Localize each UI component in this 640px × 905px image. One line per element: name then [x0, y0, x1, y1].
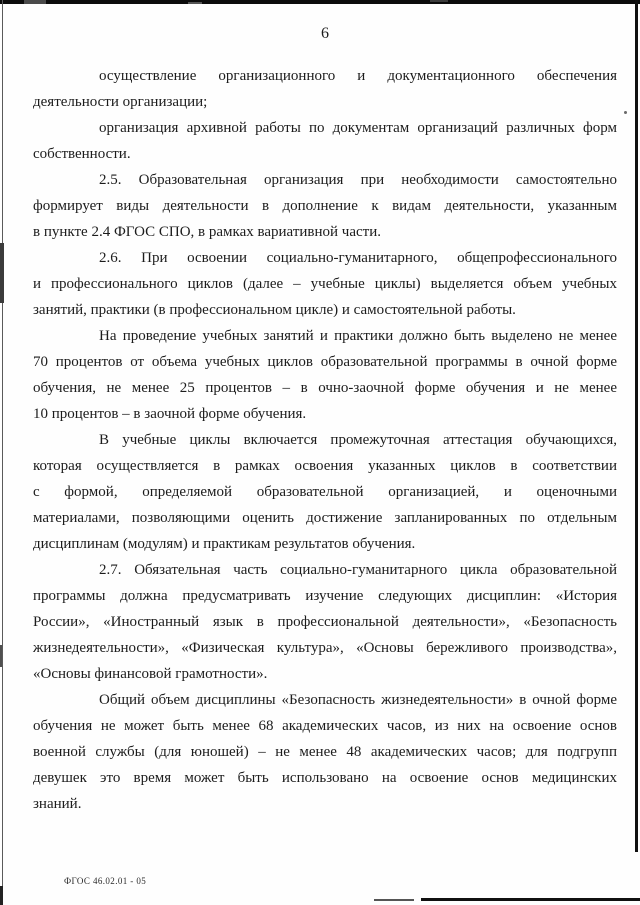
page-border-bottom-segment	[374, 899, 414, 901]
text-line: собственности.	[33, 141, 617, 167]
scan-speck	[624, 111, 627, 114]
text-line: России», «Иностранный язык в профессиона…	[33, 609, 617, 635]
text-line: 2.6. При освоении социально-гуманитарног…	[33, 245, 617, 271]
scan-smudge	[0, 886, 3, 905]
text-line: девушек это время может быть использован…	[33, 765, 617, 791]
text-line: материалами, позволяющими оценить достиж…	[33, 505, 617, 531]
text-line: которая осуществляется в рамках освоения…	[33, 453, 617, 479]
text-line: 2.5. Образовательная организация при нео…	[33, 167, 617, 193]
text-line: военной службы (для юношей) – не менее 4…	[33, 739, 617, 765]
page-number: 6	[33, 25, 617, 43]
scan-artifact	[430, 0, 448, 2]
text-line: занятий, практики (в профессиональном ци…	[33, 297, 617, 323]
text-line: осуществление организационного и докумен…	[33, 63, 617, 89]
text-line: дисциплинам (модулям) и практикам резуль…	[33, 531, 617, 557]
page-border-bottom-segment	[421, 898, 640, 901]
text-line: и профессионального циклов (далее – учеб…	[33, 271, 617, 297]
text-line: обучения, не менее 25 процентов – в очно…	[33, 375, 617, 401]
scan-artifact	[188, 2, 202, 4]
document-body: осуществление организационного и докумен…	[33, 63, 617, 817]
scan-artifact	[24, 0, 46, 4]
text-line: с формой, определяемой образовательной о…	[33, 479, 617, 505]
footer-document-code: ФГОС 46.02.01 - 05	[64, 876, 146, 886]
text-line: деятельности организации;	[33, 89, 617, 115]
page-border-top	[0, 0, 640, 4]
scanned-document-page: 6 осуществление организационного и докум…	[0, 0, 640, 905]
text-line: В учебные циклы включается промежуточная…	[33, 427, 617, 453]
text-line: программы должна предусматривать изучени…	[33, 583, 617, 609]
scan-smudge	[0, 243, 4, 303]
text-line: «Основы финансовой грамотности».	[33, 661, 617, 687]
text-line: Общий объем дисциплины «Безопасность жиз…	[33, 687, 617, 713]
text-line: 70 процентов от объема учебных циклов об…	[33, 349, 617, 375]
text-line: формирует виды деятельности в дополнение…	[33, 193, 617, 219]
text-line: 10 процентов – в заочной форме обучения.	[33, 401, 617, 427]
scan-smudge	[0, 645, 2, 667]
text-line: 2.7. Обязательная часть социально-гумани…	[33, 557, 617, 583]
page-border-right	[635, 0, 638, 852]
text-line: в пункте 2.4 ФГОС СПО, в рамках вариатив…	[33, 219, 617, 245]
page-border-left	[2, 0, 3, 905]
text-line: обучения не может быть менее 68 академич…	[33, 713, 617, 739]
text-line: организация архивной работы по документа…	[33, 115, 617, 141]
text-line: На проведение учебных занятий и практики…	[33, 323, 617, 349]
text-line: жизнедеятельности», «Физическая культура…	[33, 635, 617, 661]
text-line: знаний.	[33, 791, 617, 817]
